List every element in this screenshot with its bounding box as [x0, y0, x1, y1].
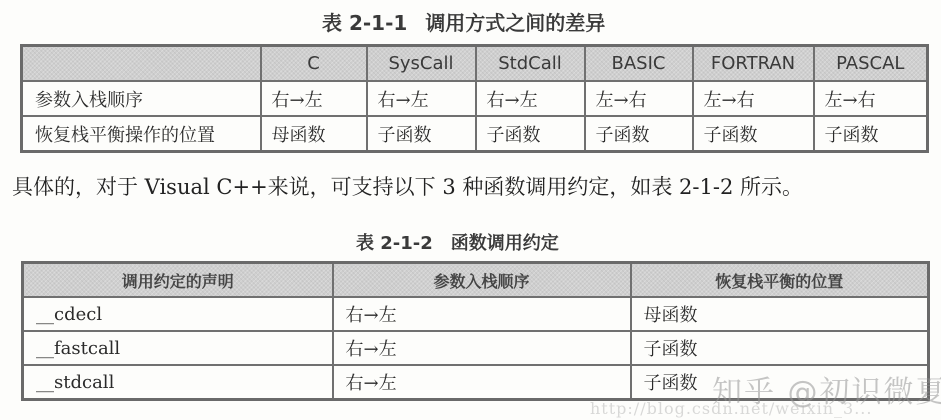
table-row: 恢复栈平衡操作的位置 母函数 子函数 子函数 子函数 子函数 子函数	[22, 116, 928, 152]
table-cell: 右→左	[333, 365, 631, 400]
table-cell: 母函数	[631, 297, 929, 331]
table1-caption: 表 2-1-1调用方式之间的差异	[322, 7, 605, 36]
table2-header-push-order: 参数入栈顺序	[333, 263, 631, 298]
table-row: 参数入栈顺序 右→左 右→左 右→左 左→右 左→右 左→右	[22, 81, 928, 116]
table-cell: 右→左	[261, 81, 367, 116]
table-cell: 子函数	[476, 116, 585, 152]
table-cell: 左→右	[585, 81, 693, 116]
table1-header-c: C	[261, 46, 367, 82]
table1-header-row: C SysCall StdCall BASIC FORTRAN PASCAL	[22, 46, 928, 82]
table1-caption-title: 调用方式之间的差异	[425, 11, 605, 35]
table1-caption-number: 表 2-1-1	[322, 11, 407, 35]
table2-caption-title: 函数调用约定	[451, 233, 559, 254]
table-cell: 右→左	[367, 81, 476, 116]
table2-header-stack-cleanup: 恢复栈平衡的位置	[631, 263, 929, 298]
table-cell: __cdecl	[23, 297, 333, 331]
table-cell: __stdcall	[23, 365, 333, 400]
table-cell: 母函数	[261, 116, 367, 152]
table2-caption-number: 表 2-1-2	[356, 233, 433, 254]
table-cell: 右→左	[333, 331, 631, 365]
table-cell: 子函数	[631, 331, 929, 365]
table1-header-blank	[22, 46, 261, 82]
table-cell: 子函数	[585, 116, 693, 152]
table2-caption: 表 2-1-2函数调用约定	[356, 229, 559, 255]
table-cell: 左→右	[814, 81, 928, 116]
table1-header-syscall: SysCall	[367, 46, 476, 82]
body-paragraph: 具体的，对于 Visual C++来说，可支持以下 3 种函数调用约定，如表 2…	[12, 171, 803, 201]
row-label: 参数入栈顺序	[22, 81, 261, 116]
table-cell: 左→右	[693, 81, 814, 116]
table-row: __cdecl 右→左 母函数	[23, 297, 929, 331]
table-cell: 右→左	[333, 297, 631, 331]
table-cell: __fastcall	[23, 331, 333, 365]
url-watermark: http://blog.csdn.net/weixin_3...	[590, 399, 872, 418]
table1-header-stdcall: StdCall	[476, 46, 585, 82]
table1-header-basic: BASIC	[585, 46, 693, 82]
table1-header-pascal: PASCAL	[814, 46, 928, 82]
table2-header-declaration: 调用约定的声明	[23, 263, 333, 298]
table-cell: 右→左	[476, 81, 585, 116]
table-row: __fastcall 右→左 子函数	[23, 331, 929, 365]
table1-header-fortran: FORTRAN	[693, 46, 814, 82]
table-cell: 子函数	[693, 116, 814, 152]
table-cell: 子函数	[814, 116, 928, 152]
row-label: 恢复栈平衡操作的位置	[22, 116, 261, 152]
table2-header-row: 调用约定的声明 参数入栈顺序 恢复栈平衡的位置	[23, 263, 929, 298]
calling-convention-differences-table: C SysCall StdCall BASIC FORTRAN PASCAL 参…	[20, 44, 929, 153]
table-cell: 子函数	[367, 116, 476, 152]
